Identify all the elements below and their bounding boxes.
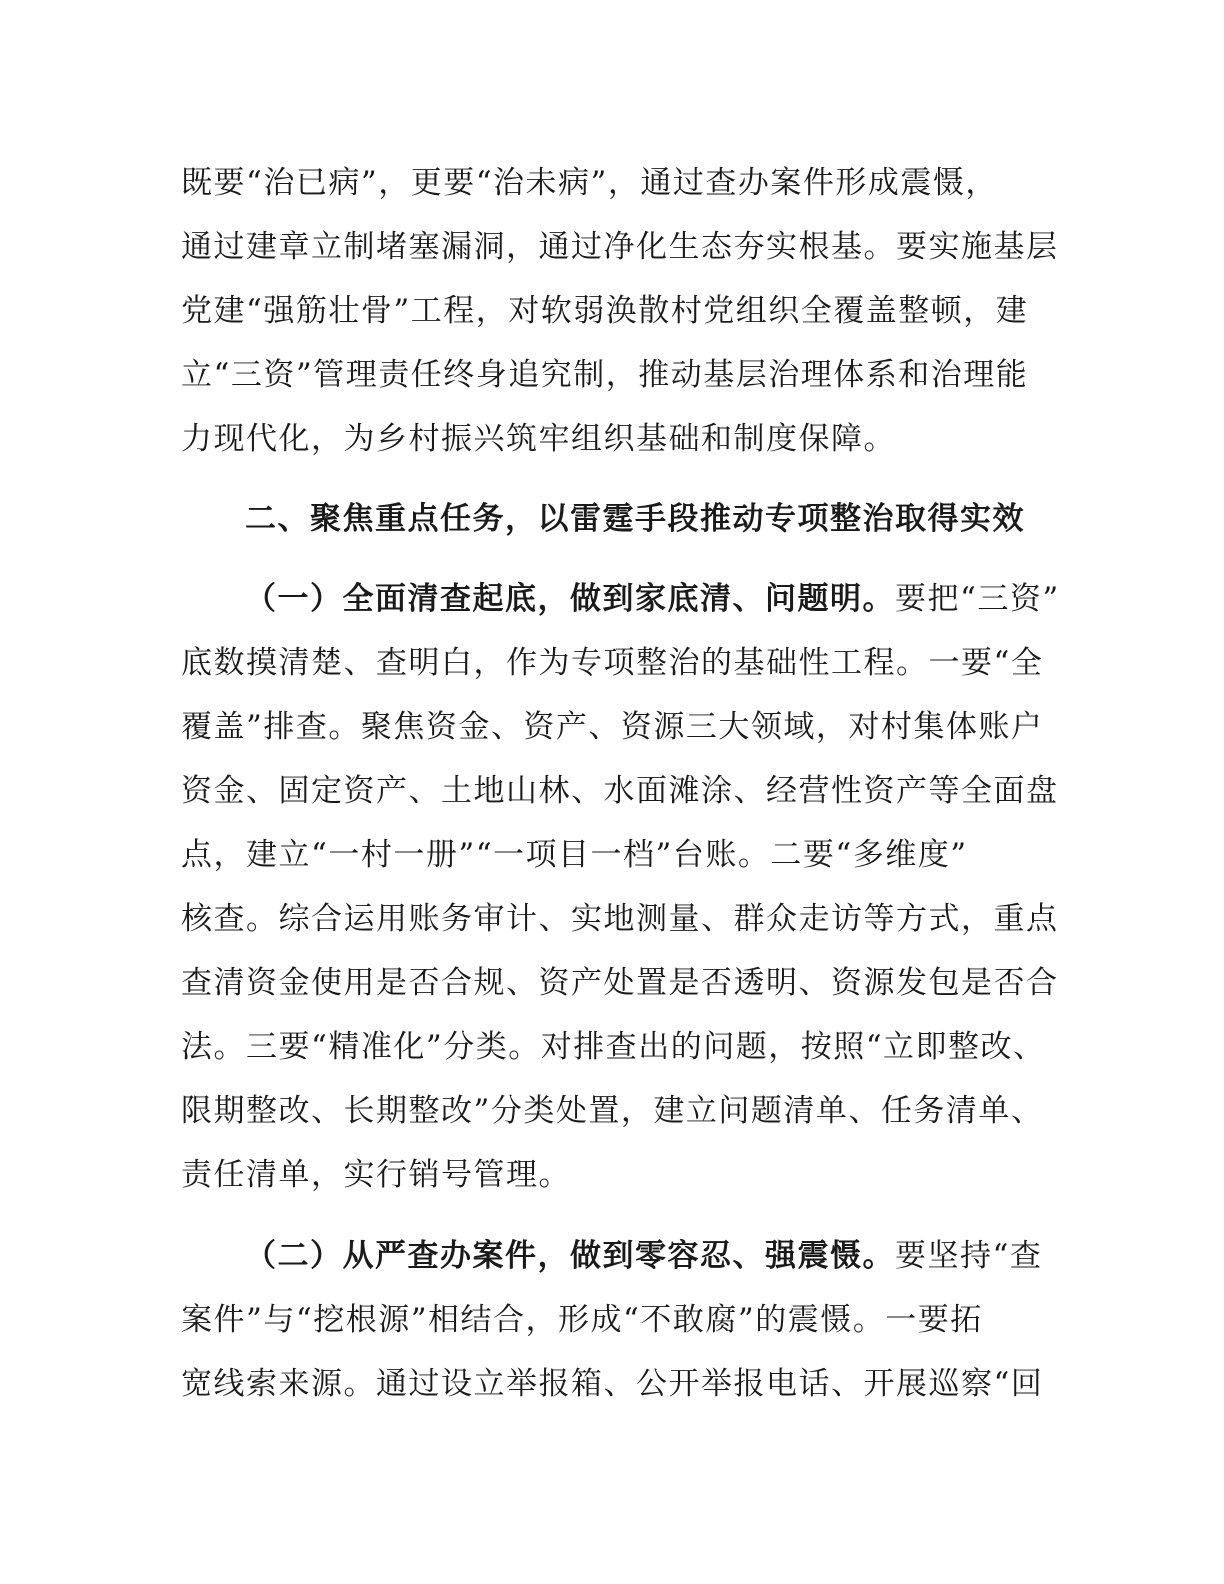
subsection-text: 要把“三资”: [895, 581, 1060, 617]
subsection-first-line: （一）全面清查起底，做到家底清、问题明。要把“三资”: [245, 579, 1060, 619]
paragraph-line: 既要“治已病”，更要“治未病”，通过查办案件形成震慑，: [181, 163, 998, 203]
paragraph-line: 核查。综合运用账务审计、实地测量、群众走访等方式，重点: [181, 899, 1059, 939]
paragraph-line: 宽线索来源。通过设立举报箱、公开举报电话、开展巡察“回: [181, 1364, 1043, 1404]
subsection-title: （二）从严查办案件，做到零容忍、强震慑。: [245, 1238, 895, 1274]
paragraph-line: 覆盖”排查。聚焦资金、资产、资源三大领域，对村集体账户: [181, 707, 1043, 747]
paragraph-line: 资金、固定资产、土地山林、水面滩涂、经营性资产等全面盘: [181, 771, 1059, 811]
paragraph-line: 通过建章立制堵塞漏洞，通过净化生态夯实根基。要实施基层: [181, 227, 1059, 267]
subsection-text: 要坚持“查: [895, 1238, 1042, 1274]
paragraph-line: 查清资金使用是否合规、资产处置是否透明、资源发包是否合: [181, 963, 1059, 1003]
paragraph-line: 立“三资”管理责任终身追究制，推动基层治理体系和治理能: [181, 355, 1028, 395]
section-heading: 二、聚焦重点任务，以雷霆手段推动专项整治取得实效: [245, 499, 1025, 539]
paragraph-line: 责任清单，实行销号管理。: [181, 1155, 571, 1195]
paragraph-line: 底数摸清楚、查明白，作为专项整治的基础性工程。一要“全: [181, 643, 1043, 683]
subsection-first-line: （二）从严查办案件，做到零容忍、强震慑。要坚持“查: [245, 1236, 1042, 1276]
paragraph-line: 法。三要“精准化”分类。对排查出的问题，按照“立即整改、: [181, 1027, 1046, 1067]
subsection-title: （一）全面清查起底，做到家底清、问题明。: [245, 581, 895, 617]
paragraph-line: 点，建立“一村一册”“一项目一档”台账。二要“多维度”: [181, 835, 968, 875]
paragraph-line: 案件”与“挖根源”相结合，形成“不敢腐”的震慑。一要拓: [181, 1300, 983, 1340]
paragraph-line: 力现代化，为乡村振兴筑牢组织基础和制度保障。: [181, 419, 896, 459]
paragraph-line: 党建“强筋壮骨”工程，对软弱涣散村党组织全覆盖整顿，建: [181, 291, 1028, 331]
paragraph-line: 限期整改、长期整改”分类处置，建立问题清单、任务清单、: [181, 1091, 1043, 1131]
